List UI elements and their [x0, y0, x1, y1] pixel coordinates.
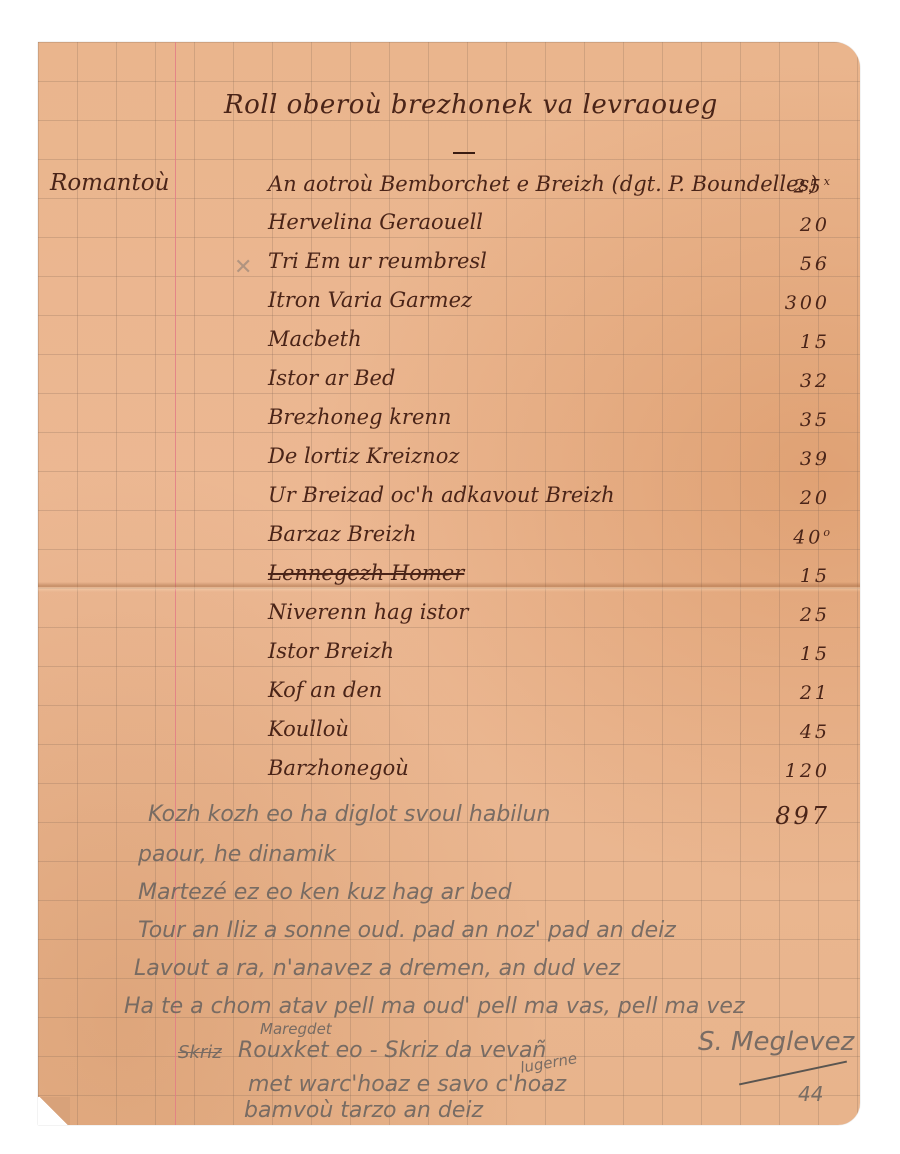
list-item: Barzaz Breizh: [268, 522, 417, 546]
list-item: Macbeth: [268, 327, 362, 351]
price: 120: [750, 760, 830, 782]
pencil-note-line: Kozh kozh eo ha diglot svoul habilun: [148, 802, 550, 827]
list-item: Kof an den: [268, 678, 382, 702]
price: 300: [750, 292, 830, 314]
pencil-note-line: Martezé ez eo ken kuz hag ar bed: [138, 880, 512, 905]
price: 45: [750, 721, 830, 743]
list-item: Istor Breizh: [268, 639, 394, 663]
page-title: Roll oberoù brezhonek va levraoueg: [224, 90, 718, 120]
pencil-note-line: met warc'hoaz e savo c'hoaz: [248, 1072, 566, 1097]
price: 20: [750, 214, 830, 236]
list-item: Koulloù: [268, 717, 349, 741]
price: 25x: [750, 175, 830, 197]
list-item: Tri Em ur reumbresl: [268, 249, 487, 273]
title-dash: [453, 152, 475, 154]
list-item: Itron Varia Garmez: [268, 288, 472, 312]
list-item: Hervelina Geraouell: [268, 210, 483, 234]
total-sum: 897: [750, 802, 830, 830]
price: 39: [750, 448, 830, 470]
list-item: Niverenn hag istor: [268, 600, 468, 624]
year: 44: [798, 1082, 823, 1106]
pencil-note-line: Tour an Iliz a sonne oud. pad an noz' pa…: [138, 918, 676, 943]
price: 15: [750, 331, 830, 353]
price: 20: [750, 487, 830, 509]
price: 21: [750, 682, 830, 704]
folded-corner: [38, 1097, 70, 1125]
list-item: Istor ar Bed: [268, 366, 395, 390]
notebook-page: Roll oberoù brezhonek va levraoueg Roman…: [38, 42, 860, 1125]
list-item: De lortiz Kreiznoz: [268, 444, 459, 468]
list-item: Ur Breizad oc'h adkavout Breizh: [268, 483, 615, 507]
pencil-note-line: Ha te a chom atav pell ma oud' pell ma v…: [124, 994, 745, 1019]
category-label: Romantoù: [50, 170, 169, 196]
pencil-note-line: Lavout a ra, n'anavez a dremen, an dud v…: [134, 956, 620, 981]
inserted-word: Maregdet: [260, 1020, 332, 1038]
price: 25: [750, 604, 830, 626]
signature: S. Meglevez: [698, 1027, 854, 1057]
pencil-note-line: Rouxket eo - Skriz da vevañ: [238, 1038, 546, 1063]
price: 15: [750, 565, 830, 587]
list-item: Barzhonegoù: [268, 756, 409, 780]
list-item: Brezhoneg krenn: [268, 405, 451, 429]
pencil-note-line: paour, he dinamik: [138, 842, 336, 867]
price: 35: [750, 409, 830, 431]
pencil-note-line: bamvoù tarzo an deiz: [244, 1098, 483, 1123]
price: 15: [750, 643, 830, 665]
struck-word: Skriz: [178, 1042, 222, 1063]
price: 32: [750, 370, 830, 392]
list-item-struck: Lennegezh Homer: [268, 561, 464, 585]
price: 56: [750, 253, 830, 275]
pencil-cross-mark: ✕: [234, 255, 252, 280]
price: 40o: [750, 526, 830, 548]
list-item: An aotroù Bemborchet e Breizh (dgt. P. B…: [268, 172, 817, 196]
